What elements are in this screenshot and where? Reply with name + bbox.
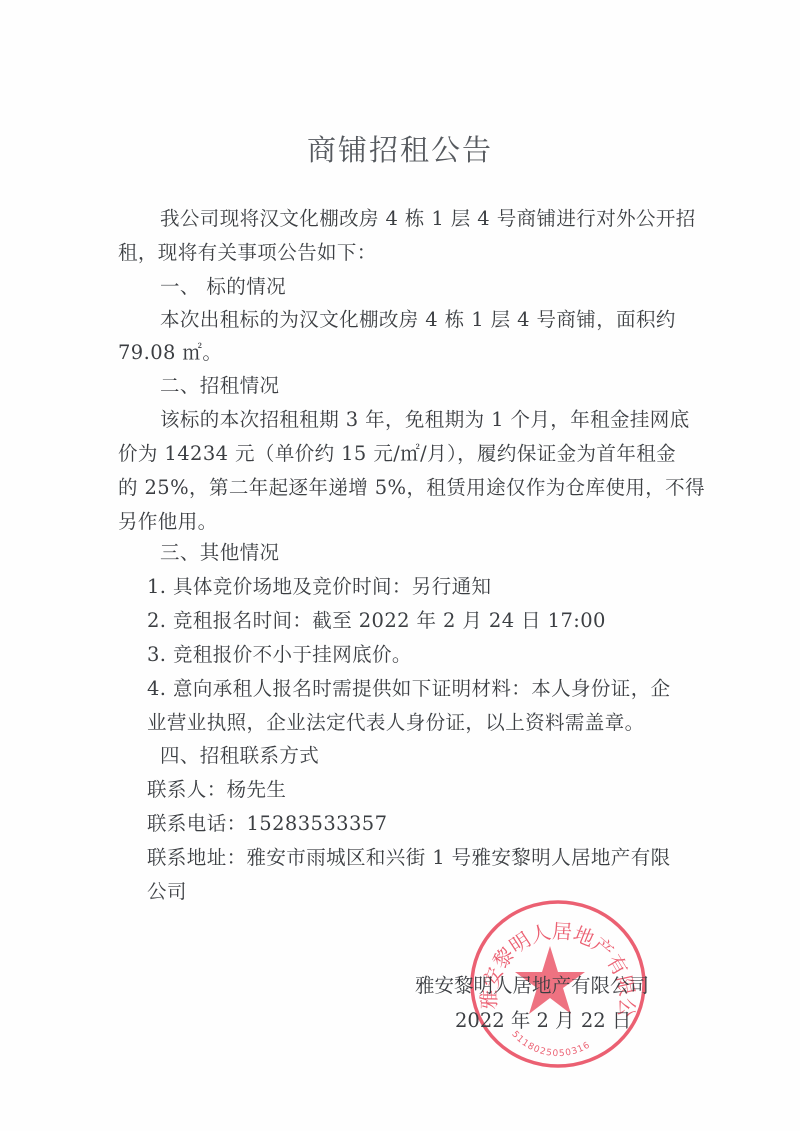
contact-phone: 联系电话：15283533357 xyxy=(147,812,387,836)
section4-heading: 四、招租联系方式 xyxy=(160,744,319,768)
contact-person: 联系人：杨先生 xyxy=(147,778,286,802)
section1-heading: 一、 标的情况 xyxy=(160,275,286,299)
document-title: 商铺招租公告 xyxy=(0,128,800,169)
section2-heading: 二、招租情况 xyxy=(160,374,279,398)
section3-item-4: 4. 意向承租人报名时需提供如下证明材料：本人身份证，企 xyxy=(147,677,671,701)
section1-line-1: 本次出租标的为汉文化棚改房 4 栋 1 层 4 号商铺，面积约 xyxy=(160,308,676,332)
section1-line-2: 79.08 ㎡。 xyxy=(118,341,222,365)
section3-item-1: 1. 具体竞价场地及竞价时间：另行通知 xyxy=(147,575,491,599)
intro-line-2: 租，现将有关事项公告如下： xyxy=(118,241,377,265)
signature-company: 雅安黎明人居地产有限公司 xyxy=(415,974,649,998)
signature-date: 2022 年 2 月 22 日 xyxy=(455,1009,631,1033)
section3-item-4-continuation: 业营业执照，企业法定代表人身份证，以上资料需盖章。 xyxy=(147,711,645,735)
contact-address: 联系地址：雅安市雨城区和兴街 1 号雅安黎明人居地产有限 xyxy=(147,846,671,870)
section2-line-3: 的 25%，第二年起逐年递增 5%，租赁用途仅作为仓库使用，不得 xyxy=(118,476,705,500)
section3-heading: 三、其他情况 xyxy=(160,541,279,565)
section2-line-1: 该标的本次招租租期 3 年，免租期为 1 个月，年租金挂网底 xyxy=(160,408,690,432)
document-page: 商铺招租公告 我公司现将汉文化棚改房 4 栋 1 层 4 号商铺进行对外公开招 … xyxy=(0,0,800,1131)
section3-item-2: 2. 竞租报名时间：截至 2022 年 2 月 24 日 17:00 xyxy=(147,609,606,633)
section2-line-4: 另作他用。 xyxy=(118,510,218,534)
contact-address-continuation: 公司 xyxy=(147,880,187,904)
section2-line-2: 价为 14234 元（单价约 15 元/㎡/月），履约保证金为首年租金 xyxy=(118,442,676,466)
seal-code: 5118025050316 xyxy=(509,1030,592,1060)
section3-item-3: 3. 竞租报价不小于挂网底价。 xyxy=(147,643,412,667)
intro-line-1: 我公司现将汉文化棚改房 4 栋 1 层 4 号商铺进行对外公开招 xyxy=(160,207,696,231)
